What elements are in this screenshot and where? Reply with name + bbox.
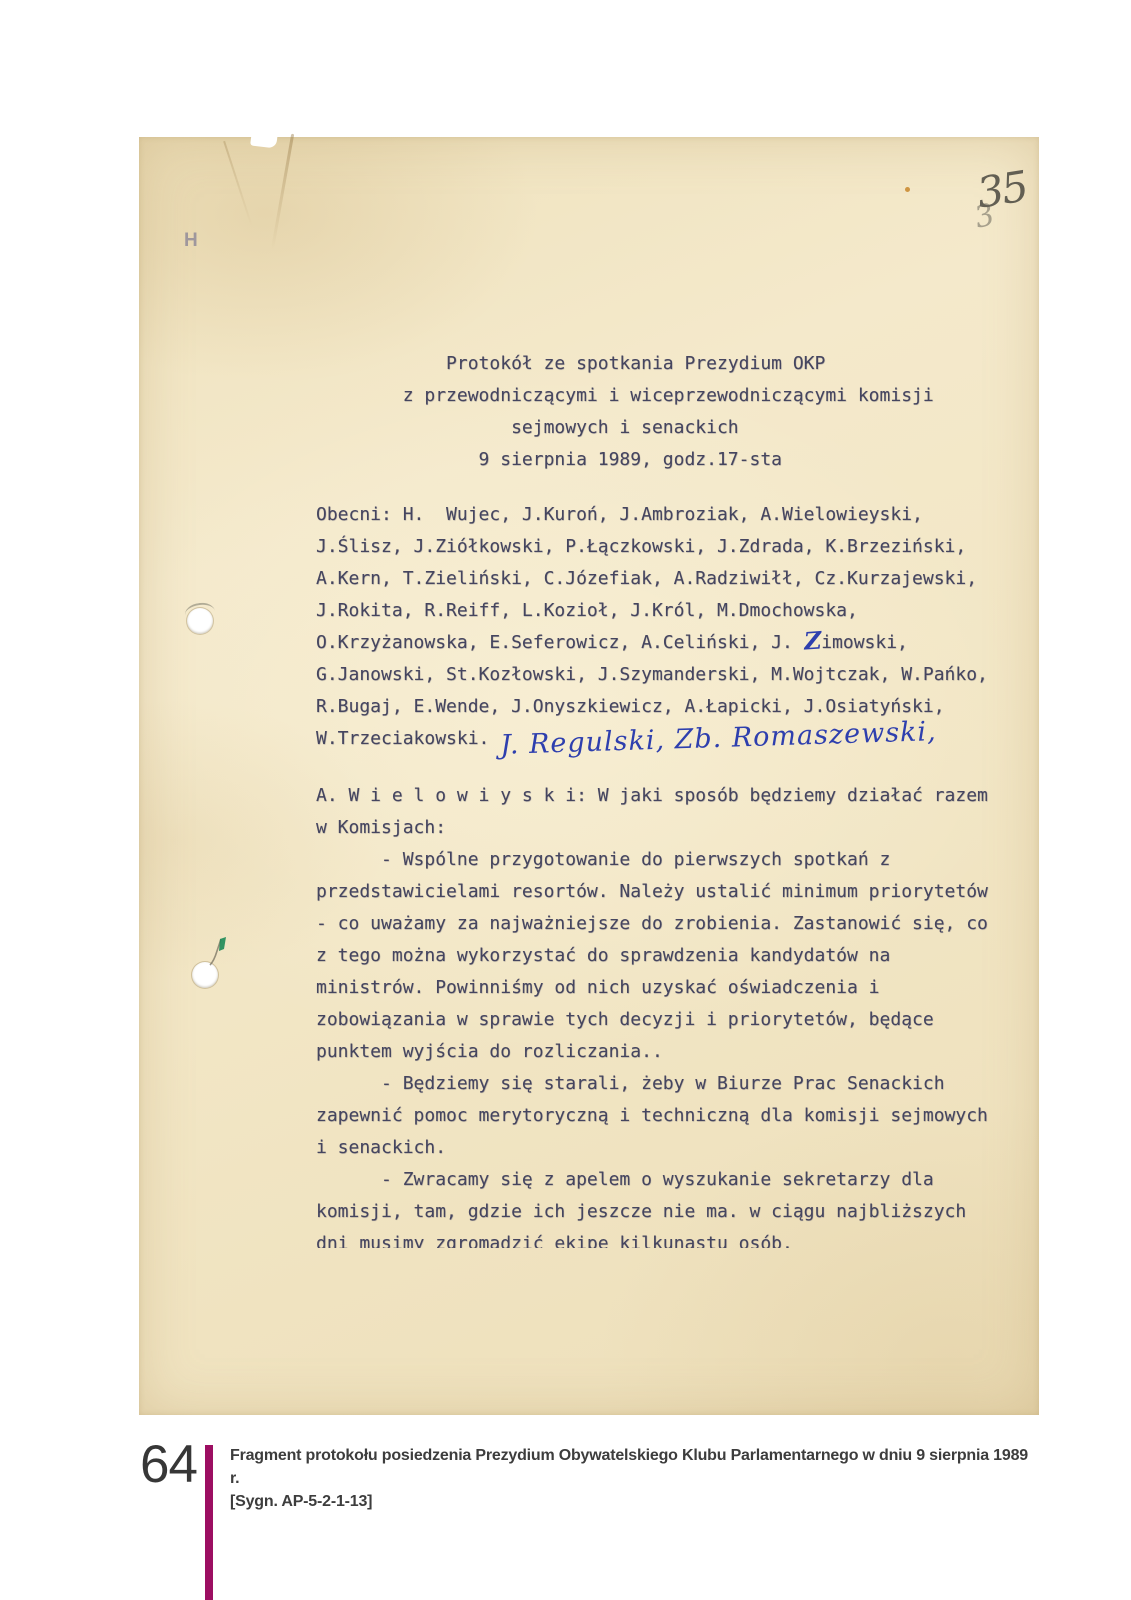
body-line: komisji, tam, gdzie ich jeszcze nie ma. … <box>316 1196 1026 1228</box>
body-line: - Wspólne przygotowanie do pierwszych sp… <box>316 844 1026 876</box>
title-line: Protokół ze spotkania Prezydium OKP <box>316 348 1026 380</box>
body-line: - co uważamy za najważniejsze do zrobien… <box>316 908 1026 940</box>
minutes-body: A. W i e l o w i y s k i: W jaki sposób … <box>316 780 1026 1248</box>
book-page: { "scan": { "archival_page_number": "35"… <box>0 0 1131 1600</box>
body-line: - Zwracamy się z apelem o wyszukanie sek… <box>316 1164 1026 1196</box>
body-line: - Będziemy się starali, żeby w Biurze Pr… <box>316 1068 1026 1100</box>
attendees-line: A.Kern, T.Zieliński, C.Józefiak, A.Radzi… <box>316 563 1026 595</box>
attendees-line-closing: W.Trzeciakowski. J. Regulski, Zb. Romasz… <box>316 723 1026 755</box>
body-line: A. W i e l o w i y s k i: W jaki sposób … <box>316 780 1026 812</box>
caption-line: Fragment protokołu posiedzenia Prezydium… <box>230 1444 1030 1490</box>
body-line: i senackich. <box>316 1132 1026 1164</box>
typed-fragment: W.Trzeciakowski. <box>316 728 500 749</box>
attendees-lines: G.Janowski, St.Kozłowski, J.Szymanderski… <box>316 659 1026 723</box>
green-ink-mark-icon <box>207 935 233 979</box>
typed-fragment: O.Krzyżanowska, E.Seferowicz, A.Celiński… <box>316 632 804 653</box>
attendees-lines: Obecni: H. Wujec, J.Kuroń, J.Ambroziak, … <box>316 499 1026 627</box>
handwritten-added-names: J. Regulski, Zb. Romaszewski, <box>500 732 936 746</box>
scanned-document: 35 3 H Protokół ze spotkania Prezydium O… <box>139 137 1039 1415</box>
attendees-line: G.Janowski, St.Kozłowski, J.Szymanderski… <box>316 659 1026 691</box>
title-line: 9 sierpnia 1989, godz.17-sta <box>316 444 1026 476</box>
body-line: zapewnić pomoc merytoryczną i techniczną… <box>316 1100 1026 1132</box>
paper-tear-notch <box>250 129 278 148</box>
body-line: dni musimy zgromadzić ekipę kilkunastu o… <box>316 1228 1026 1248</box>
body-line: zobowiązania w sprawie tych decyzji i pr… <box>316 1004 1026 1036</box>
figure-caption: Fragment protokołu posiedzenia Prezydium… <box>230 1444 1030 1513</box>
attendees-line: J.Ślisz, J.Ziółkowski, P.Łączkowski, J.Z… <box>316 531 1026 563</box>
typed-fragment: imowski, <box>821 632 908 653</box>
title-line: sejmowych i senackich <box>316 412 1026 444</box>
attendees-line: J.Rokita, R.Reiff, L.Kozioł, J.Król, M.D… <box>316 595 1026 627</box>
paper-crease <box>271 134 294 251</box>
body-line: z tego można wykorzystać do sprawdzenia … <box>316 940 1026 972</box>
caption-accent-bar <box>205 1445 213 1600</box>
paper-crease <box>223 141 253 227</box>
attendees-line: Obecni: H. Wujec, J.Kuroń, J.Ambroziak, … <box>316 499 1026 531</box>
typewritten-text: Protokół ze spotkania Prezydium OKP z pr… <box>316 348 1026 1248</box>
body-line: punktem wyjścia do rozliczania.. <box>316 1036 1026 1068</box>
document-title: Protokół ze spotkania Prezydium OKP z pr… <box>316 348 1026 476</box>
corner-letter-mark: H <box>184 230 198 252</box>
title-line: z przewodniczącymi i wiceprzewodniczącym… <box>316 380 1026 412</box>
handwritten-letter-z: Z <box>804 640 821 641</box>
attendees-line-zimowski: O.Krzyżanowska, E.Seferowicz, A.Celiński… <box>316 627 1026 659</box>
body-line: w Komisjach: <box>316 812 1026 844</box>
body-line: ministrów. Powinniśmy od nich uzyskać oś… <box>316 972 1026 1004</box>
caption-signature: [Sygn. AP-5-2-1-13] <box>230 1490 1030 1513</box>
attendees-list: Obecni: H. Wujec, J.Kuroń, J.Ambroziak, … <box>316 499 1026 755</box>
book-page-number: 64 <box>140 1438 197 1491</box>
body-line: przedstawicielami resortów. Należy ustal… <box>316 876 1026 908</box>
paper-stain-speck <box>905 187 910 192</box>
